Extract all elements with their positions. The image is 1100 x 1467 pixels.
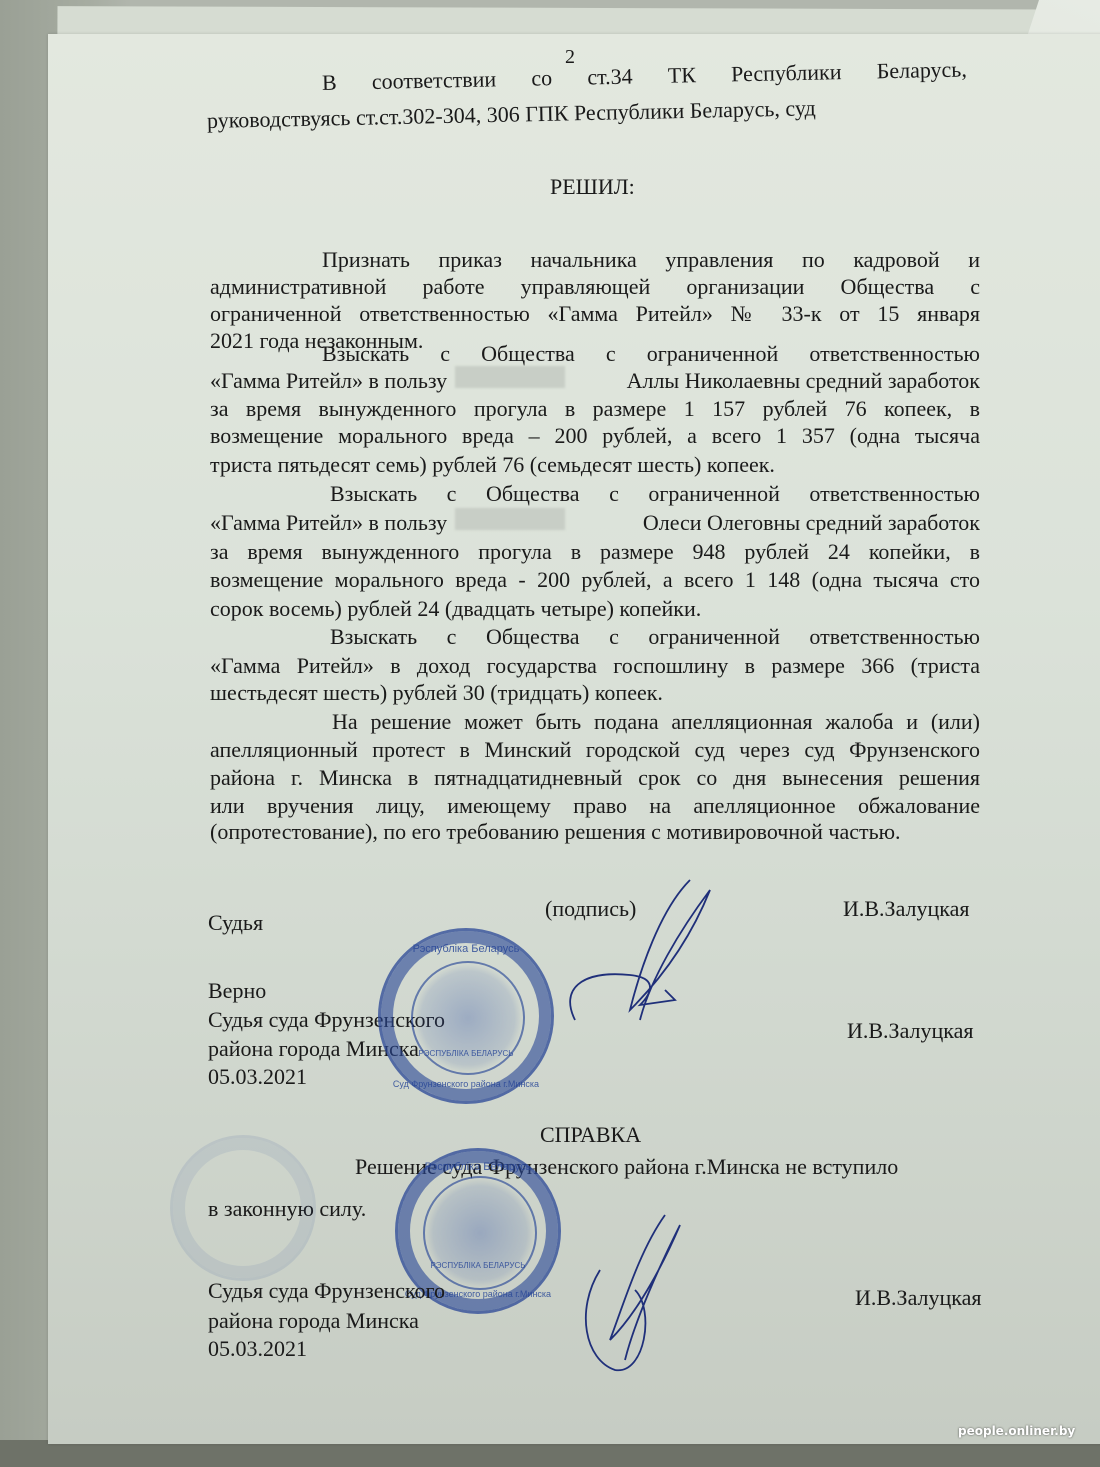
desk-surface xyxy=(0,1440,1100,1467)
paragraph-3-line-5: сорок восемь) рублей 24 (двадцать четыре… xyxy=(210,594,980,624)
intro-word: Беларусь, xyxy=(876,54,967,86)
paragraph-1-line-1: Признать приказ начальника управления по… xyxy=(322,245,980,275)
cert-judge-name: И.В.Залуцкая xyxy=(847,1016,974,1046)
final-title-line-1: Судья суда Фрунзенского xyxy=(208,1276,445,1306)
intro-word: ТК xyxy=(667,60,696,91)
final-judge-name: И.В.Залуцкая xyxy=(855,1283,982,1313)
intro-word: соответствии xyxy=(372,64,497,97)
recipient-prefix: «Гамма Ритейл» в пользу xyxy=(210,508,447,538)
paragraph-5-line-2: апелляционный протест в Минский городско… xyxy=(210,735,980,765)
reference-heading: СПРАВКА xyxy=(540,1120,641,1150)
paragraph-4-line-1: Взыскать с Общества с ограниченной ответ… xyxy=(330,622,980,652)
redacted-surname xyxy=(455,366,565,388)
intro-word: ст.34 xyxy=(587,61,633,92)
paragraph-4-line-2: «Гамма Ритейл» в доход государства госпо… xyxy=(210,651,980,681)
signature-icon xyxy=(545,1210,715,1380)
intro-word: со xyxy=(531,63,552,93)
court-stamp: Рэспубліка Беларусь РЭСПУБЛІКА БЕЛАРУСЬ … xyxy=(378,928,554,1104)
paragraph-3-line-4: возмещение морального вреда - 200 рублей… xyxy=(210,565,980,595)
stamp-emblem-text: РЭСПУБЛІКА БЕЛАРУСЬ xyxy=(381,1049,551,1058)
paragraph-5-line-1: На решение может быть подана апелляционн… xyxy=(332,707,980,737)
recipient-name: Аллы Николаевны средний заработок xyxy=(627,366,980,396)
verified-label: Верно xyxy=(208,976,266,1006)
judge-label: Судья xyxy=(208,908,263,938)
stamp-outer-text: Рэспубліка Беларусь xyxy=(398,1161,558,1173)
ghost-stamp xyxy=(170,1135,316,1281)
stamp-bottom-text: Суд Фрунзенского района г.Минска xyxy=(381,1079,551,1089)
paragraph-2-line-3: за время вынужденного прогула в размере … xyxy=(210,394,980,424)
stamp-outer-text: Рэспубліка Беларусь xyxy=(381,943,551,955)
paragraph-5-line-5: (опротестование), по его требованию реше… xyxy=(210,817,980,847)
emblem-icon xyxy=(423,1176,537,1290)
final-date: 05.03.2021 xyxy=(208,1334,307,1364)
judge-name: И.В.Залуцкая xyxy=(843,894,970,924)
paragraph-3-line-3: за время вынужденного прогула в размере … xyxy=(210,537,980,567)
paragraph-1-line-3: ограниченной ответственностью «Гамма Рит… xyxy=(210,299,980,329)
stamp-emblem-text: РЭСПУБЛІКА БЕЛАРУСЬ xyxy=(398,1261,558,1270)
intro-word: В xyxy=(322,68,337,98)
cert-date: 05.03.2021 xyxy=(208,1062,307,1092)
paragraph-5-line-3: района г. Минска в пятнадцатидневный сро… xyxy=(210,763,980,793)
signature-icon xyxy=(540,870,740,1050)
paragraph-2-line-5: триста пятьдесят семь) рублей 76 (семьде… xyxy=(210,450,980,480)
recipient-prefix: «Гамма Ритейл» в пользу xyxy=(210,366,447,396)
redacted-surname xyxy=(455,508,565,530)
intro-word: Республики xyxy=(731,57,842,89)
final-title-line-2: района города Минска xyxy=(208,1306,419,1336)
paragraph-3-line-2: «Гамма Ритейл» в пользу Олеси Олеговны с… xyxy=(210,508,980,538)
paragraph-3-line-1: Взыскать с Общества с ограниченной ответ… xyxy=(330,479,980,509)
paragraph-2-line-4: возмещение морального вреда – 200 рублей… xyxy=(210,421,980,451)
paragraph-1-line-2: административной работе управляющей орга… xyxy=(210,272,980,302)
watermark: people.onliner.by xyxy=(958,1424,1075,1438)
paragraph-4-line-3: шестьдесят шесть) рублей 30 (тридцать) к… xyxy=(210,678,980,708)
paragraph-2-line-2: «Гамма Ритейл» в пользу Аллы Николаевны … xyxy=(210,366,980,396)
paragraph-2-line-1: Взыскать с Общества с ограниченной ответ… xyxy=(322,339,980,369)
recipient-name: Олеси Олеговны средний заработок xyxy=(643,508,980,538)
decision-heading: РЕШИЛ: xyxy=(550,172,635,202)
